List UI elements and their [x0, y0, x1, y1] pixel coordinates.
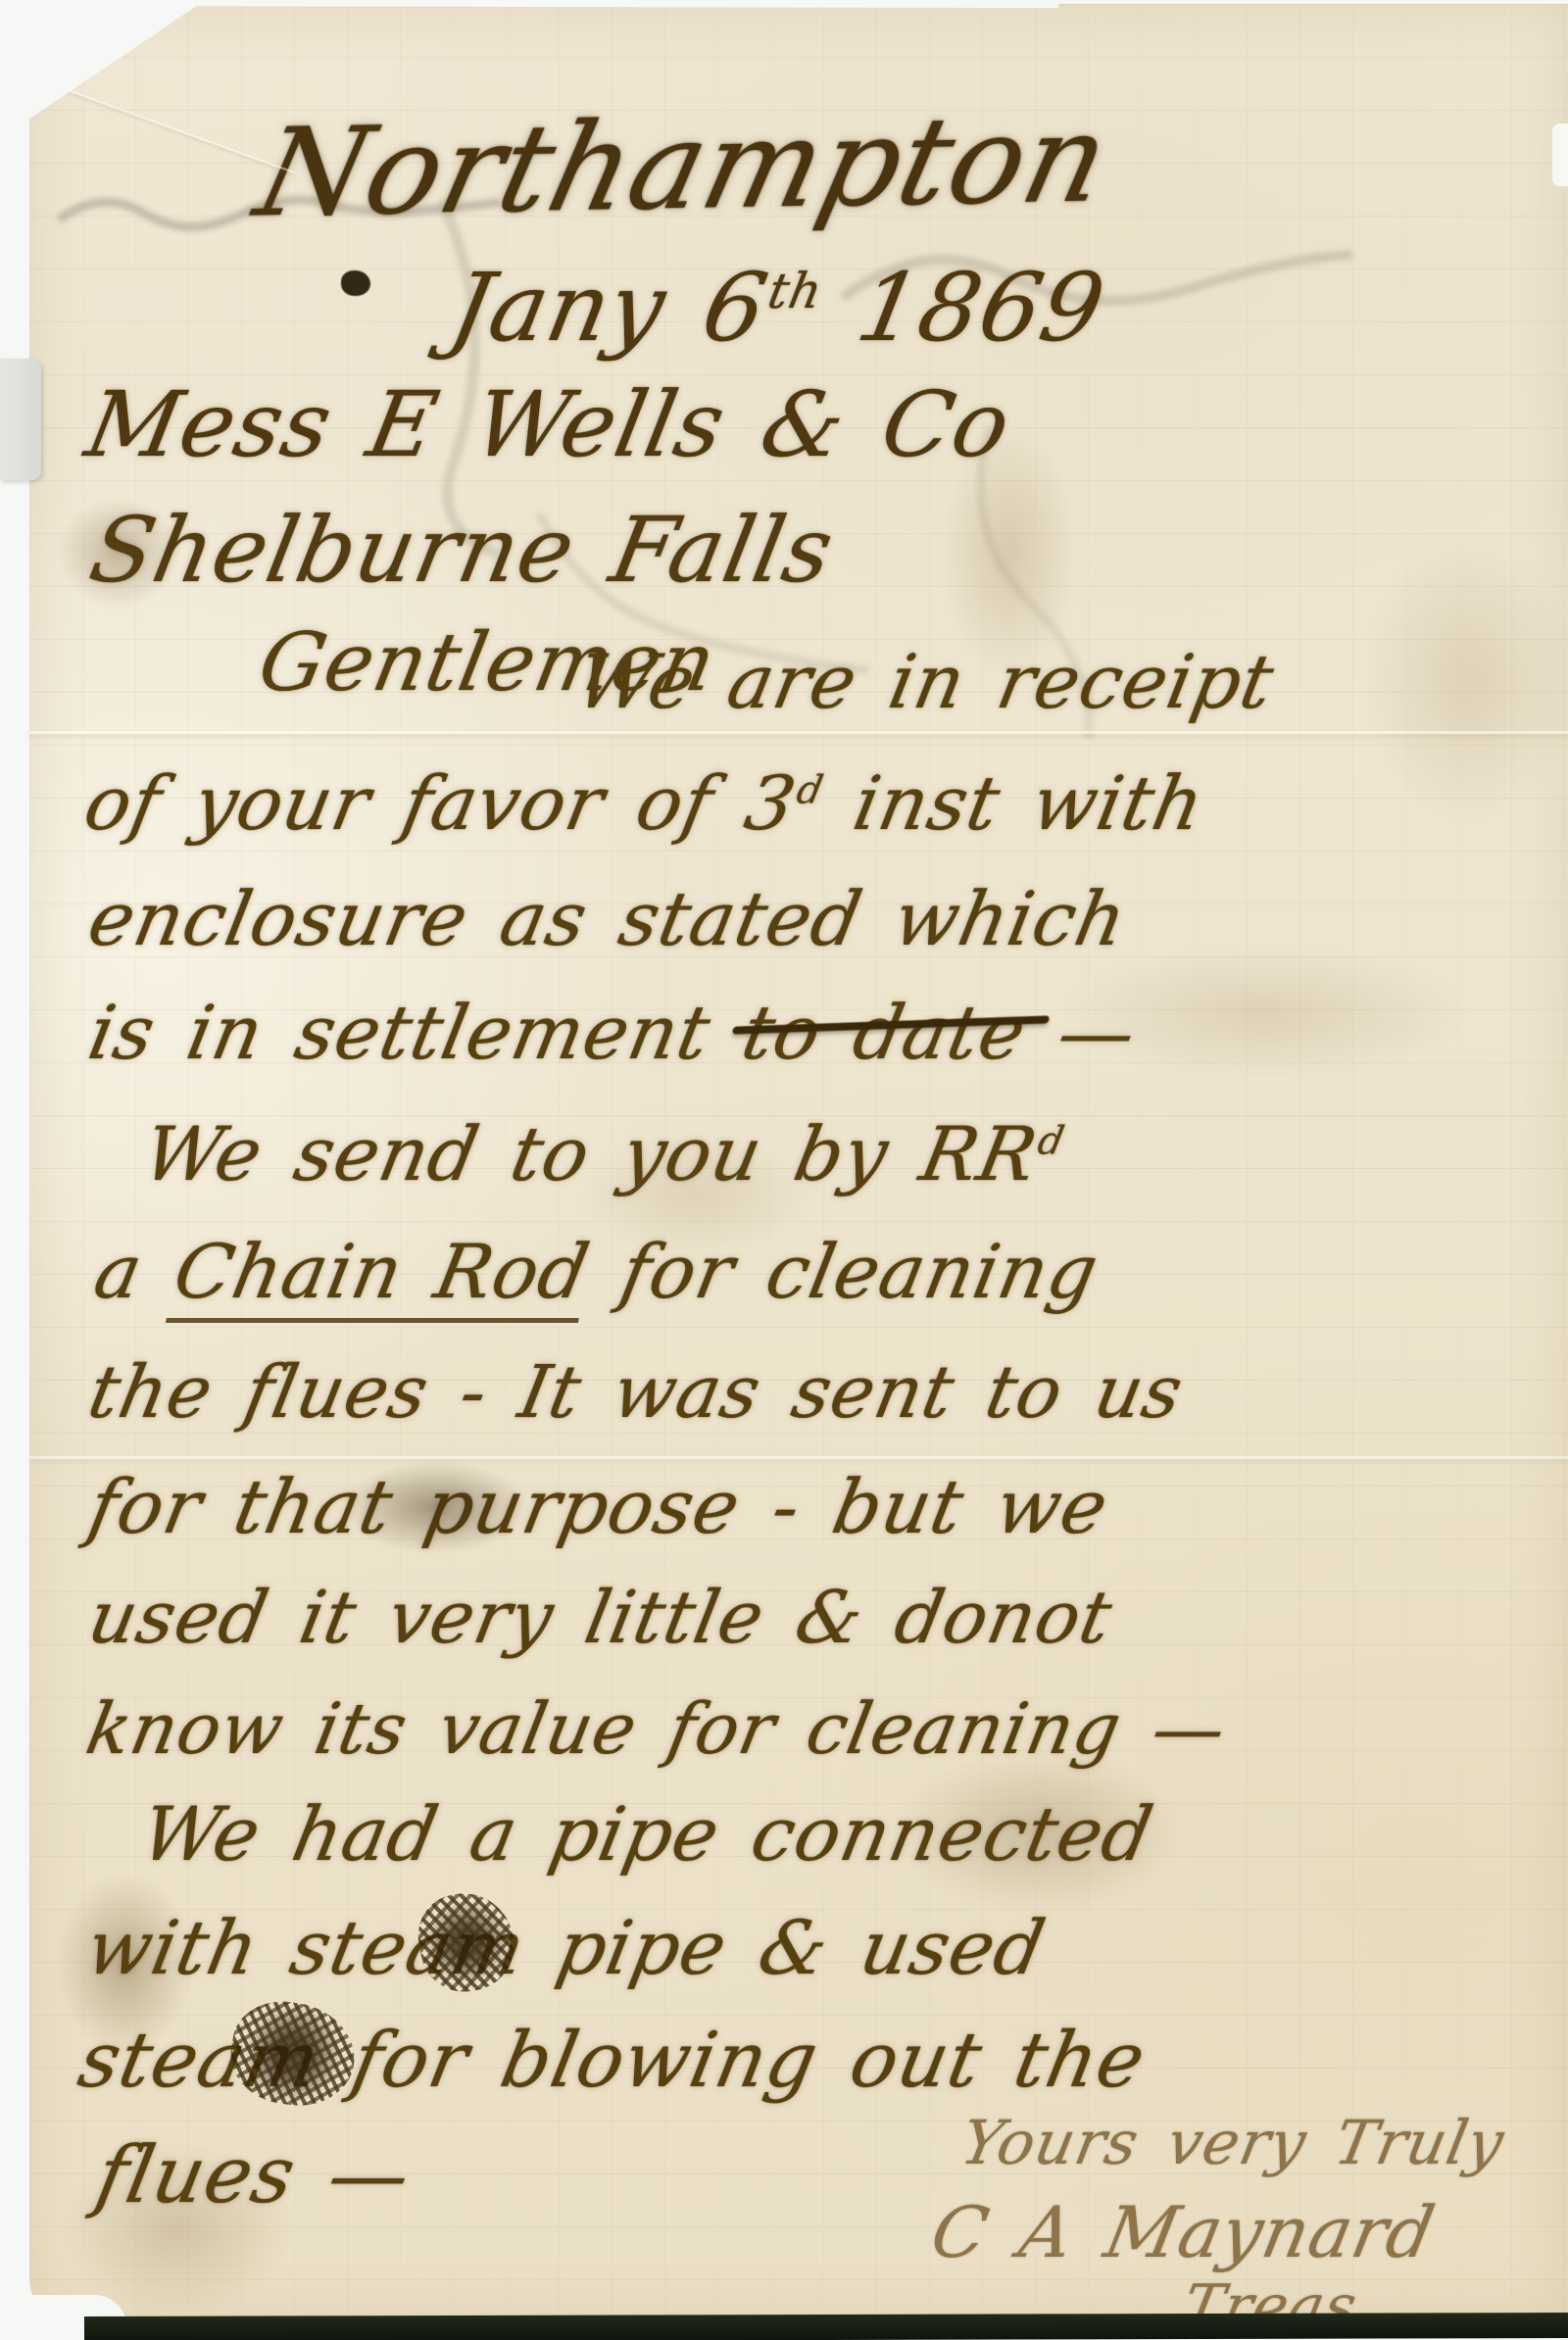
- letter-body-line: is in settlement to date —: [83, 996, 1143, 1070]
- struck-through-words: to date: [737, 996, 1033, 1070]
- mount-tab: [0, 359, 41, 480]
- body-text: for cleaning: [579, 1228, 1105, 1315]
- letter-date-line: Jany 6th 1869: [444, 261, 1112, 355]
- date-year-text: 1869: [808, 253, 1114, 363]
- letter-body-line: We are in receipt: [571, 645, 1280, 719]
- letter-recipient-line: Mess E Wells & Co: [79, 380, 1017, 470]
- fold-crease: [29, 1456, 1568, 1459]
- letter-body-line: know its value for cleaning —: [81, 1693, 1232, 1764]
- letter-body-line: We had a pipe connected: [136, 1797, 1159, 1872]
- letter-body-line: We send to you by RRd: [138, 1117, 1069, 1192]
- fold-crease: [29, 731, 1568, 734]
- letter-body-line: used it very little & donot: [83, 1582, 1118, 1654]
- letter-valediction-line: Yours very Truly: [956, 2113, 1509, 2173]
- letter-place-line: Northampton: [247, 99, 1120, 235]
- letter-body-line: with steam pipe & used: [81, 1911, 1052, 1985]
- letter-body-line: of your favor of 3d inst with: [79, 766, 1210, 841]
- letter-body-line: enclosure as stated which: [83, 882, 1133, 956]
- letter-signature: C A Maynard: [926, 2197, 1441, 2267]
- body-text: inst with: [812, 759, 1211, 847]
- letter-body-line: the flues - It was sent to us: [83, 1356, 1189, 1429]
- letter-body-line: flues —: [90, 2136, 416, 2215]
- letter-paper: Northampton Jany 6th 1869 Mess E Wells &…: [29, 4, 1568, 2320]
- body-text: —: [1016, 989, 1143, 1076]
- scan-edge-strip: [84, 2313, 1568, 2340]
- body-text: is in settlement: [81, 989, 752, 1076]
- body-text: We send to you by RR: [136, 1110, 1045, 1197]
- scanned-letter: Northampton Jany 6th 1869 Mess E Wells &…: [0, 0, 1568, 2340]
- underlined-words: Chain Rod: [166, 1228, 596, 1323]
- body-text: of your favor of 3: [77, 759, 803, 847]
- date-text: Jany 6: [442, 253, 776, 363]
- letter-city-line: Shelburne Falls: [83, 506, 841, 596]
- paper-stain: [1362, 533, 1568, 827]
- ink-blot: [341, 270, 370, 296]
- paper-edge-notch: [1552, 123, 1568, 186]
- letter-body-line: for that purpose - but we: [83, 1470, 1114, 1544]
- letter-body-line: a Chain Rod for cleaning: [89, 1235, 1104, 1309]
